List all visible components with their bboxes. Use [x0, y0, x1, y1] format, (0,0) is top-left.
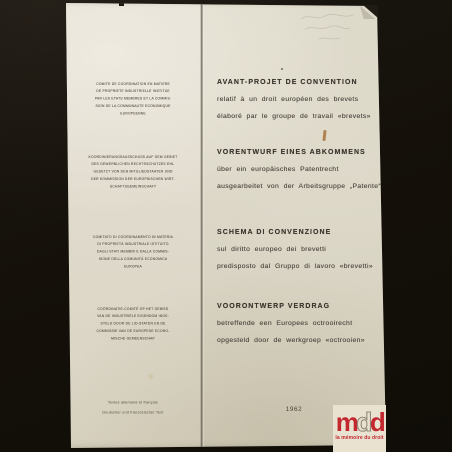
fold-crease	[200, 3, 204, 448]
mdd-logo-letters: mdd	[336, 411, 383, 434]
subtitle-it-1: sul diritto europeo dei brevetti	[217, 246, 387, 253]
committee-imprint-nl: COÖRDINATIE-COMITÉ OP HET GEBIED VAN DE …	[83, 306, 183, 343]
subtitle-fr-2: élaboré par le groupe de travail «brevet…	[217, 113, 387, 120]
handwritten-note	[298, 8, 370, 50]
mdd-logo-tagline: la mémoire du droit	[335, 435, 383, 441]
subtitle-de-2: ausgearbeitet von der Arbeitsgruppe „Pat…	[217, 183, 387, 190]
subtitle-nl-1: betreffende een Europees octrooirecht	[217, 320, 387, 327]
title-nl: VOORONTWERP VERDRAG	[217, 303, 387, 310]
title-it: SCHEMA DI CONVENZIONE	[217, 229, 387, 236]
title-block-nl: VOORONTWERP VERDRAG betreffende een Euro…	[217, 303, 387, 354]
title-de: VORENTWURF EINES ABKOMMENS	[217, 149, 387, 156]
subtitle-fr-1: relatif à un droit européen des brevets	[217, 96, 387, 103]
rust-stain	[322, 130, 326, 141]
mdd-letter-d-outline: d	[356, 407, 369, 437]
ink-speck	[281, 68, 283, 70]
committee-imprint-de: KOORDINIERUNGSAUSSCHUSS AUF DEM GEBIET D…	[83, 154, 183, 191]
title-block-it: SCHEMA DI CONVENZIONE sul diritto europe…	[217, 229, 387, 280]
title-fr: AVANT-PROJET DE CONVENTION	[217, 79, 387, 86]
mdd-letter-m: m	[336, 407, 357, 437]
edition-note: Textes allemand et français Deutscher un…	[83, 398, 183, 418]
title-block-fr: AVANT-PROJET DE CONVENTION relatif à un …	[217, 79, 387, 130]
subtitle-it-2: predisposto dal Gruppo di lavoro «brevet…	[217, 263, 387, 270]
subtitle-nl-2: opgesteld door de werkgroep «octrooien»	[217, 337, 387, 344]
publication-year: 1962	[272, 406, 316, 413]
photo-background: COMITE DE COORDINATION EN MATIERE DE PRO…	[0, 0, 452, 452]
cover-left-panel-tint	[66, 3, 202, 448]
subtitle-de-1: über ein europäisches Patentrecht	[217, 166, 387, 173]
committee-imprint-it: COMITATO DI COORDINAMENTO IN MATERIA DI …	[83, 234, 183, 271]
book-cover: COMITE DE COORDINATION EN MATIERE DE PRO…	[0, 0, 452, 452]
top-edge-nick	[119, 3, 124, 6]
mdd-letter-d: d	[370, 407, 383, 437]
paper-spot	[147, 373, 155, 380]
committee-imprint-fr: COMITE DE COORDINATION EN MATIERE DE PRO…	[83, 81, 183, 118]
title-block-de: VORENTWURF EINES ABKOMMENS über ein euro…	[217, 149, 387, 200]
mdd-logo: mdd la mémoire du droit	[333, 405, 386, 452]
